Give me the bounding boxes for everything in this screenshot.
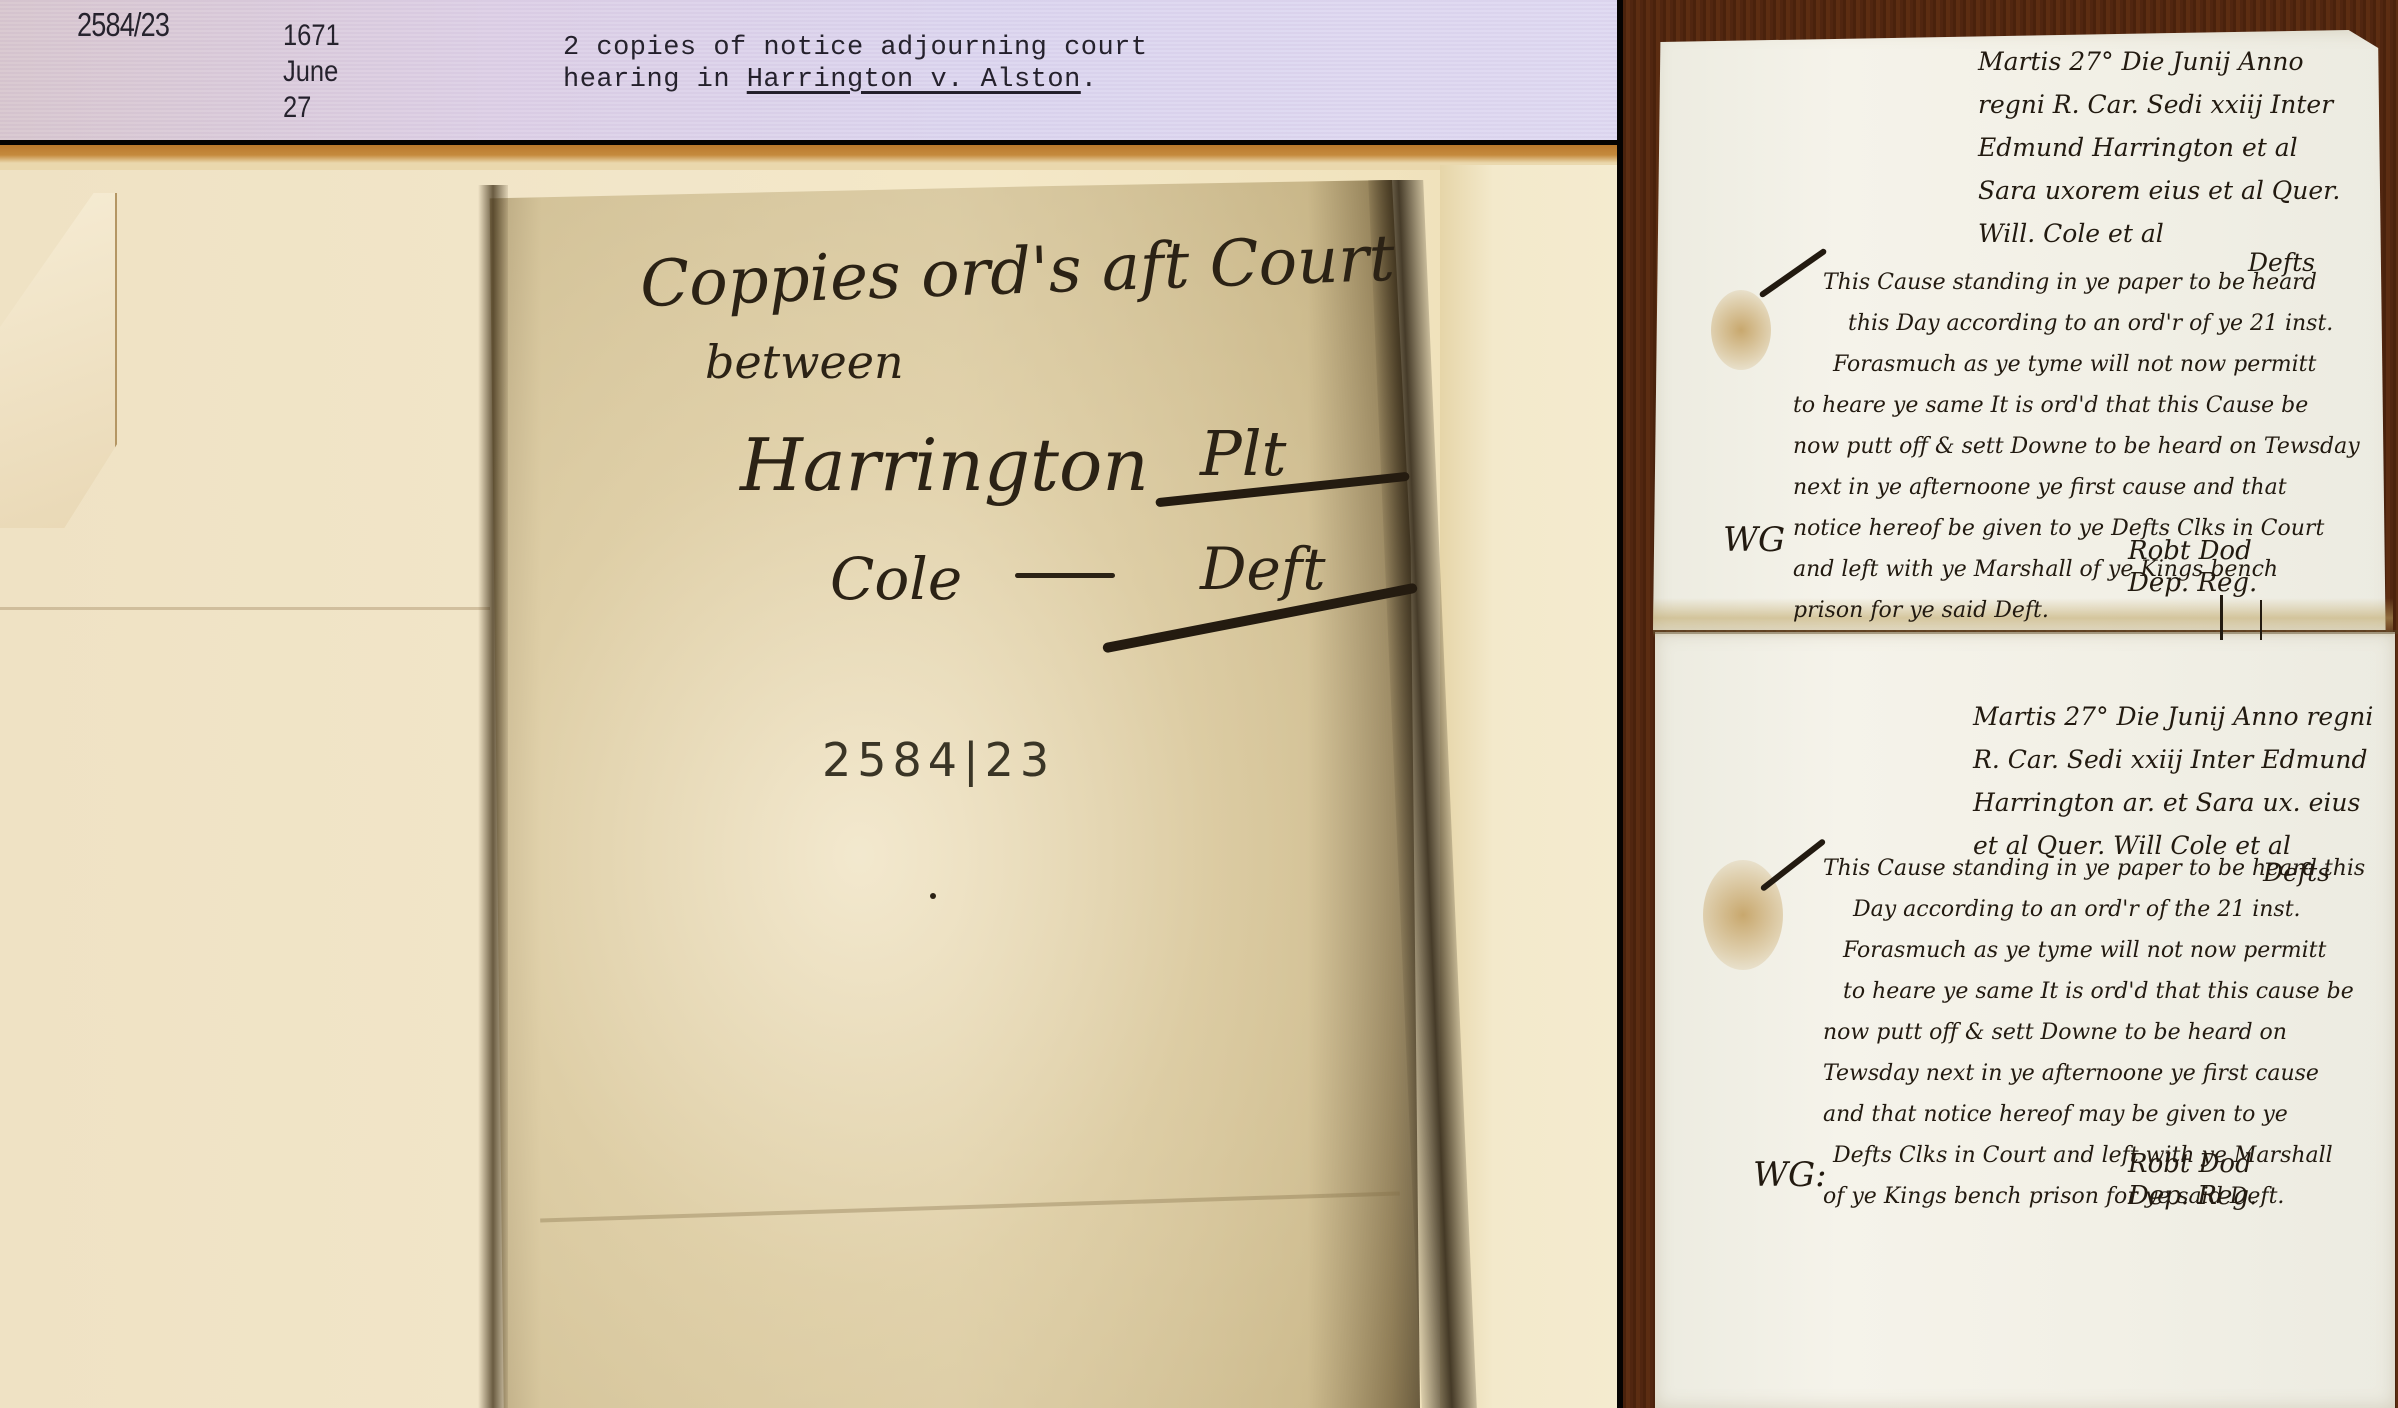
ink-dash: [1015, 573, 1115, 578]
document-date: 1671 June 27: [283, 18, 340, 126]
date-day: 27: [283, 90, 340, 126]
body-line: to heare ye same It is ord'd that this C…: [1793, 385, 2360, 426]
body-line: of ye Kings bench prison for ye said Def…: [1823, 1176, 2365, 1217]
body-line: Forasmuch as ye tyme will not now permit…: [1793, 344, 2360, 385]
document-description: 2 copies of notice adjourning court hear…: [563, 32, 1148, 96]
body-line: and that notice hereof may be given to y…: [1823, 1094, 2365, 1135]
water-stain: [1703, 860, 1783, 970]
clerk-initials: WG: [1723, 520, 1785, 560]
copy-2-body: This Cause standing in ye paper to be he…: [1823, 848, 2365, 1217]
endorsement-plaintiff-role: Plt: [1200, 417, 1286, 490]
body-line: now putt off & sett Downe to be heard on…: [1793, 426, 2360, 467]
body-line: prison for ye said Deft.: [1793, 590, 2360, 631]
body-line: and left with ye Marshall of ye Kings be…: [1793, 549, 2360, 590]
ink-mark: [2260, 600, 2262, 640]
body-line: This Cause standing in ye paper to be he…: [1823, 848, 2365, 889]
description-suffix: .: [1081, 65, 1098, 95]
body-line: Tewsday next in ye afternoone ye first c…: [1823, 1053, 2365, 1094]
body-line: to heare ye same It is ord'd that this c…: [1823, 971, 2365, 1012]
body-line: Day according to an ord'r of the 21 inst…: [1823, 889, 2365, 930]
folio-left-edge-shadow: [478, 185, 508, 1408]
endorsement-photo: Coppies ord's aft Court between Harringt…: [0, 145, 1617, 1408]
body-line: Defts Clks in Court and left with ye Mar…: [1823, 1135, 2365, 1176]
header-line: Martis 27° Die Junij Anno regni: [1973, 695, 2373, 738]
date-year: 1671: [283, 18, 340, 54]
case-name: Harrington v. Alston: [747, 65, 1081, 95]
endorsement-between: between: [705, 335, 904, 389]
registrar-signature: Robt Dod Dep. Reg.: [2128, 1148, 2257, 1212]
catalogue-label: 2584/23 1671 June 27 2 copies of notice …: [0, 0, 1617, 140]
signature-title: Dep. Reg.: [2128, 1180, 2257, 1212]
body-line: now putt off & sett Downe to be heard on: [1823, 1012, 2365, 1053]
folded-folio: [485, 180, 1420, 1408]
body-line: notice hereof be given to ye Defts Clks …: [1793, 508, 2360, 549]
endorsement-defendant: Cole: [830, 545, 962, 613]
header-line: regni R. Car. Sedi xxiij Inter: [1978, 83, 2340, 126]
ink-mark: [2220, 595, 2223, 640]
signature-title: Dep. Reg.: [2128, 567, 2257, 599]
description-line-1: 2 copies of notice adjourning court: [563, 32, 1148, 64]
header-line: Edmund Harrington et al: [1978, 126, 2340, 169]
signature-name: Robt Dod: [2128, 535, 2257, 567]
description-line-2: hearing in Harrington v. Alston.: [563, 64, 1148, 96]
reference-number: 2584/23: [77, 6, 169, 44]
body-line: this Day according to an ord'r of ye 21 …: [1793, 303, 2360, 344]
header-line: Martis 27° Die Junij Anno: [1978, 40, 2340, 83]
registrar-signature: Robt Dod Dep. Reg.: [2128, 535, 2257, 599]
header-line: R. Car. Sedi xxiij Inter Edmund: [1973, 738, 2373, 781]
description-prefix: hearing in: [563, 65, 747, 95]
copy-1-header: Martis 27° Die Junij Anno regni R. Car. …: [1978, 40, 2340, 284]
pencil-reference-number: 2584|23: [822, 733, 1055, 787]
body-line: Forasmuch as ye tyme will not now permit…: [1823, 930, 2365, 971]
endorsement-plaintiff: Harrington: [740, 423, 1149, 507]
ink-spot: [930, 893, 936, 899]
notice-copies-photo: Martis 27° Die Junij Anno regni R. Car. …: [1623, 0, 2398, 1408]
body-line: next in ye afternoone ye first cause and…: [1793, 467, 2360, 508]
body-line: This Cause standing in ye paper to be he…: [1793, 262, 2360, 303]
copy-1-body: This Cause standing in ye paper to be he…: [1793, 262, 2360, 631]
date-month: June: [283, 54, 340, 90]
endorsement-defendant-role: Deft: [1200, 535, 1326, 603]
header-line: Sara uxorem eius et al Quer.: [1978, 169, 2340, 212]
signature-name: Robt Dod: [2128, 1148, 2257, 1180]
clerk-initials: WG:: [1753, 1155, 1827, 1195]
header-line: Harrington ar. et Sara ux. eius: [1973, 781, 2373, 824]
water-stain: [1711, 290, 1771, 370]
paper-fold-line: [0, 607, 490, 610]
